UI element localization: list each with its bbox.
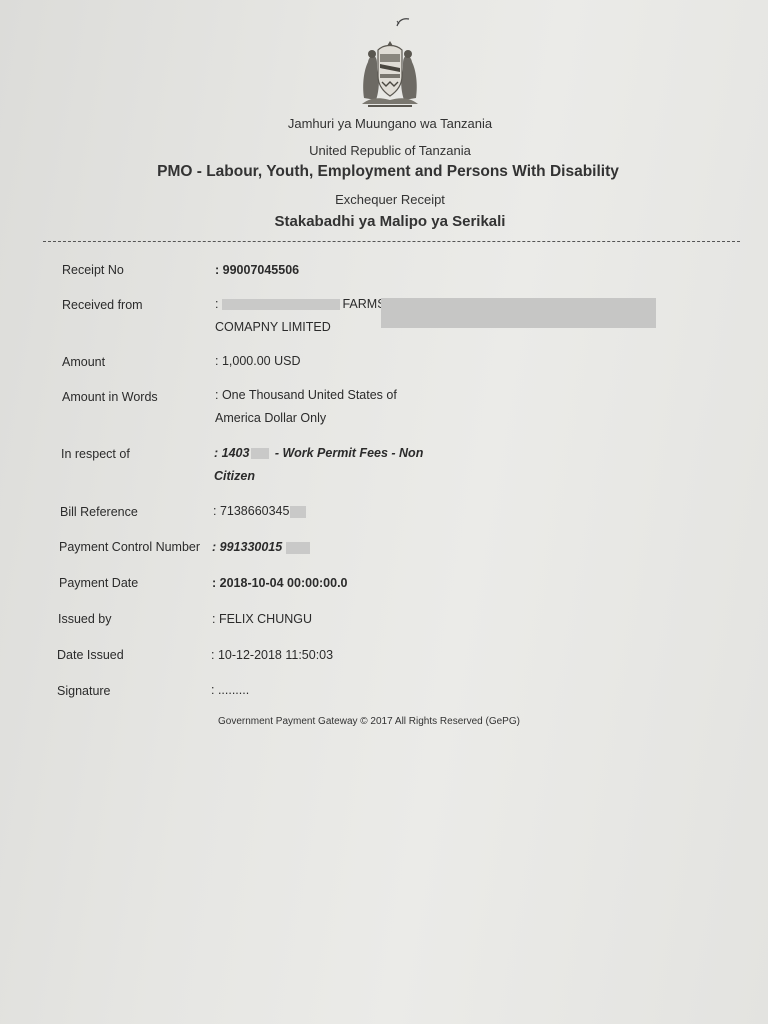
issued-by-label: Issued by — [58, 612, 112, 626]
in-respect-of-rest: - Work Permit Fees - Non — [271, 446, 423, 460]
amount-in-words-line1: : One Thousand United States of — [215, 388, 397, 402]
issued-by-value: : FELIX CHUNGU — [212, 612, 312, 626]
amount-value: : 1,000.00 USD — [215, 354, 300, 368]
payment-control-number-value: : 991330015 — [212, 540, 310, 554]
date-issued-label: Date Issued — [57, 648, 124, 662]
bill-reference-label: Bill Reference — [60, 505, 138, 519]
payment-control-number-label: Payment Control Number — [59, 540, 200, 554]
footer-copyright: Government Payment Gateway © 2017 All Ri… — [218, 716, 520, 727]
redaction — [286, 542, 310, 554]
country-name-english: United Republic of Tanzania — [0, 143, 768, 158]
ministry-name: PMO - Labour, Youth, Employment and Pers… — [0, 163, 768, 181]
received-from-prefix: : — [215, 297, 218, 311]
bill-reference-value: : 7138660345 — [213, 504, 306, 518]
date-issued-value: : 10-12-2018 11:50:03 — [211, 648, 333, 662]
amount-in-words-line2: America Dollar Only — [215, 411, 326, 425]
redaction — [251, 448, 269, 459]
in-respect-of-value: : 1403 - Work Permit Fees - Non — [214, 446, 423, 460]
redaction — [290, 506, 306, 518]
pen-mark — [396, 17, 410, 27]
dashed-divider — [43, 241, 740, 242]
receipt-type-swahili: Stakabadhi ya Malipo ya Serikali — [0, 213, 768, 230]
receipt-no-value: : 99007045506 — [215, 263, 299, 277]
country-name-swahili: Jamhuri ya Muungano wa Tanzania — [0, 116, 768, 131]
in-respect-of-label: In respect of — [61, 447, 130, 461]
amount-in-words-label: Amount in Words — [62, 390, 158, 404]
in-respect-of-line2: Citizen — [214, 469, 255, 483]
received-from-label: Received from — [62, 298, 143, 312]
redaction-box — [381, 298, 656, 328]
amount-label: Amount — [62, 355, 105, 369]
receipt-no-label: Receipt No — [62, 263, 124, 277]
signature-value: : ......... — [211, 683, 249, 697]
redaction — [222, 299, 340, 310]
received-from-value: :FARMS — [215, 297, 386, 311]
bill-reference-text: : 7138660345 — [213, 504, 289, 518]
received-from-visible: FARMS — [342, 297, 385, 311]
signature-label: Signature — [57, 684, 111, 698]
tanzania-coat-of-arms-icon — [358, 40, 422, 108]
payment-control-number-text: : 991330015 — [212, 540, 282, 554]
receipt-type: Exchequer Receipt — [0, 192, 768, 207]
payment-date-label: Payment Date — [59, 576, 138, 590]
in-respect-of-prefix: : 1403 — [214, 446, 249, 460]
received-from-value-line2: COMAPNY LIMITED — [215, 320, 331, 334]
payment-date-value: : 2018-10-04 00:00:00.0 — [212, 576, 348, 590]
